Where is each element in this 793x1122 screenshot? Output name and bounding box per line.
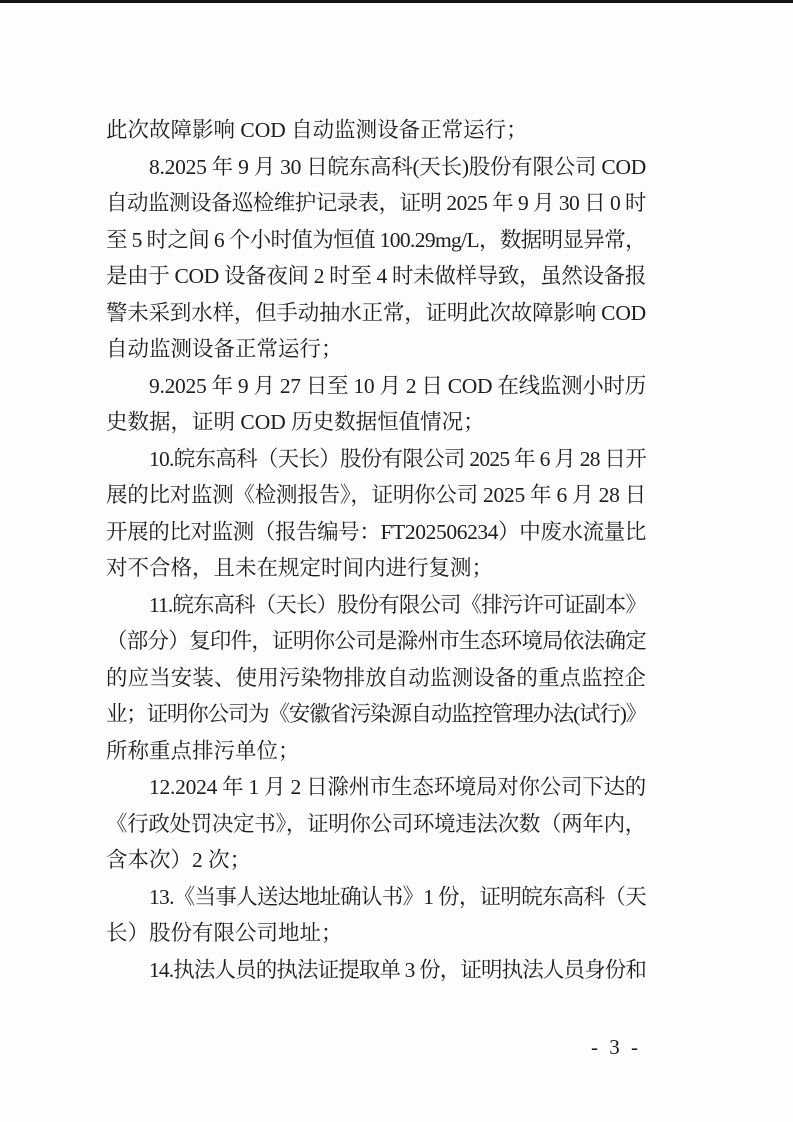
text-line: 12.2024 年 1 月 2 日滁州市生态环境局对你公司下达的 xyxy=(106,769,646,806)
text-line-content: 12.2024 年 1 月 2 日滁州市生态环境局对你公司下达的 xyxy=(149,769,646,806)
document-page: 此次故障影响 COD 自动监测设备正常运行；8.2025 年 9 月 30 日皖… xyxy=(0,0,793,1122)
text-line-content: 是由于 COD 设备夜间 2 时至 4 时未做样导致，虽然设备报 xyxy=(106,258,646,295)
text-line-content: 14.执法人员的执法证提取单 3 份，证明执法人员身份和 xyxy=(149,952,646,989)
text-line-content: 警未采到水样，但手动抽水正常，证明此次故障影响 COD xyxy=(106,295,646,332)
text-line-content: 史数据，证明 COD 历史数据恒值情况； xyxy=(106,404,485,441)
text-line-content: 9.2025 年 9 月 27 日至 10 月 2 日 COD 在线监测小时历 xyxy=(149,368,646,405)
text-line: 8.2025 年 9 月 30 日皖东高科(天长)股份有限公司 COD xyxy=(106,149,646,186)
text-line-content: 自动监测设备正常运行； xyxy=(106,331,343,368)
text-line: 展的比对监测《检测报告》，证明你公司 2025 年 6 月 28 日 xyxy=(106,477,646,514)
text-line: 史数据，证明 COD 历史数据恒值情况； xyxy=(106,404,646,441)
text-line: 长）股份有限公司地址； xyxy=(106,915,646,952)
text-line: 所称重点排污单位； xyxy=(106,733,646,770)
text-line-content: 《行政处罚决定书》，证明你公司环境违法次数（两年内， xyxy=(106,806,646,843)
text-line: 自动监测设备正常运行； xyxy=(106,331,646,368)
text-line-content: 含本次）2 次； xyxy=(106,842,251,879)
page-number: - 3 - xyxy=(591,1035,641,1060)
scan-edge-artifact xyxy=(0,0,793,3)
text-line-content: 对不合格，且未在规定时间内进行复测； xyxy=(106,550,493,587)
text-line-content: 开展的比对监测（报告编号：FT202506234）中废水流量比 xyxy=(106,514,646,551)
text-line: 业；证明你公司为《安徽省污染源自动监控管理办法(试行)》 xyxy=(106,696,646,733)
text-line: 《行政处罚决定书》，证明你公司环境违法次数（两年内， xyxy=(106,806,646,843)
text-line-content: 所称重点排污单位； xyxy=(106,733,300,770)
text-line: 10.皖东高科（天长）股份有限公司 2025 年 6 月 28 日开 xyxy=(106,441,646,478)
text-line-content: 11.皖东高科（天长）股份有限公司《排污许可证副本》 xyxy=(149,587,646,624)
text-line: 含本次）2 次； xyxy=(106,842,646,879)
text-line: 自动监测设备巡检维护记录表，证明 2025 年 9 月 30 日 0 时 xyxy=(106,185,646,222)
text-line: 9.2025 年 9 月 27 日至 10 月 2 日 COD 在线监测小时历 xyxy=(106,368,646,405)
text-line-content: 长）股份有限公司地址； xyxy=(106,915,343,952)
text-line-content: 的应当安装、使用污染物排放自动监测设备的重点监控企 xyxy=(106,660,646,697)
text-line: 至 5 时之间 6 个小时值为恒值 100.29mg/L，数据明显异常， xyxy=(106,222,646,259)
text-line: 是由于 COD 设备夜间 2 时至 4 时未做样导致，虽然设备报 xyxy=(106,258,646,295)
text-line: 开展的比对监测（报告编号：FT202506234）中废水流量比 xyxy=(106,514,646,551)
text-line-content: 此次故障影响 COD 自动监测设备正常运行； xyxy=(106,112,528,149)
text-line: 11.皖东高科（天长）股份有限公司《排污许可证副本》 xyxy=(106,587,646,624)
text-line: 警未采到水样，但手动抽水正常，证明此次故障影响 COD xyxy=(106,295,646,332)
text-line: 对不合格，且未在规定时间内进行复测； xyxy=(106,550,646,587)
document-body: 此次故障影响 COD 自动监测设备正常运行；8.2025 年 9 月 30 日皖… xyxy=(106,112,646,988)
text-line-content: 至 5 时之间 6 个小时值为恒值 100.29mg/L，数据明显异常， xyxy=(106,222,646,259)
text-line-content: 业；证明你公司为《安徽省污染源自动监控管理办法(试行)》 xyxy=(106,696,646,733)
text-line-content: 10.皖东高科（天长）股份有限公司 2025 年 6 月 28 日开 xyxy=(149,441,646,478)
text-line: 的应当安装、使用污染物排放自动监测设备的重点监控企 xyxy=(106,660,646,697)
text-line: 13.《当事人送达地址确认书》1 份，证明皖东高科（天 xyxy=(106,879,646,916)
text-line: 14.执法人员的执法证提取单 3 份，证明执法人员身份和 xyxy=(106,952,646,989)
text-line: 此次故障影响 COD 自动监测设备正常运行； xyxy=(106,112,646,149)
text-line-content: 8.2025 年 9 月 30 日皖东高科(天长)股份有限公司 COD xyxy=(149,149,646,186)
text-line-content: 展的比对监测《检测报告》，证明你公司 2025 年 6 月 28 日 xyxy=(106,477,646,514)
text-line: （部分）复印件，证明你公司是滁州市生态环境局依法确定 xyxy=(106,623,646,660)
text-line-content: （部分）复印件，证明你公司是滁州市生态环境局依法确定 xyxy=(106,623,646,660)
text-line-content: 自动监测设备巡检维护记录表，证明 2025 年 9 月 30 日 0 时 xyxy=(106,185,646,222)
text-line-content: 13.《当事人送达地址确认书》1 份，证明皖东高科（天 xyxy=(149,879,646,916)
